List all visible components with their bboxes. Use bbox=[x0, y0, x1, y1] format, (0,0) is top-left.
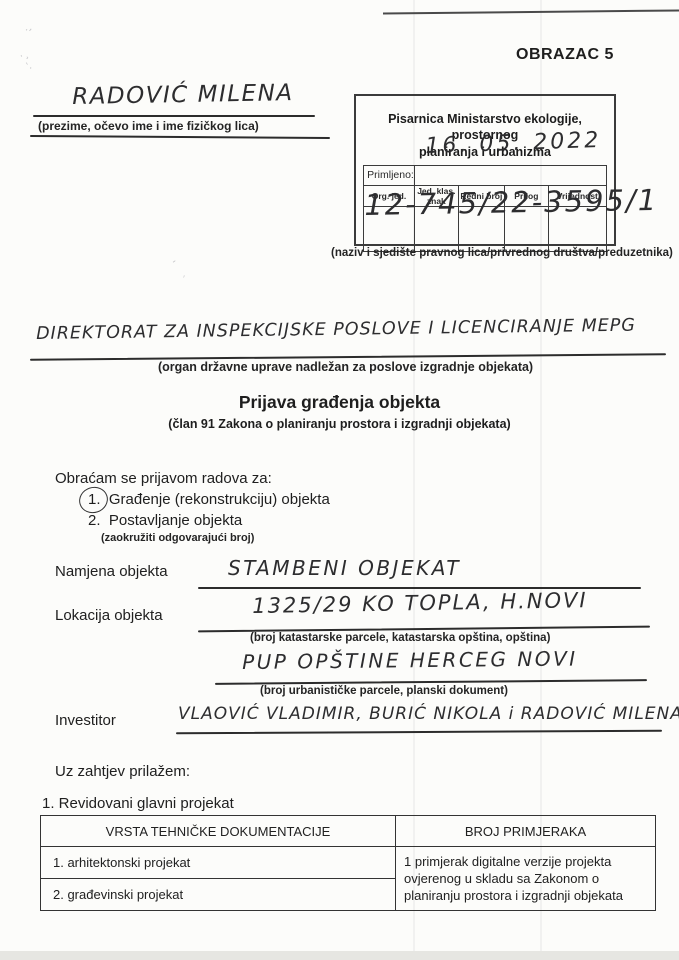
pencil-smudge: `· bbox=[23, 62, 33, 74]
pencil-smudge: ·' bbox=[21, 25, 33, 37]
doc-table-header-type: VRSTA TEHNIČKE DOKUMENTACIJE bbox=[41, 816, 396, 847]
option-1: 1. Građenje (rekonstrukciju) objekta bbox=[88, 491, 330, 508]
location-caption: (broj katastarske parcele, katastarska o… bbox=[250, 632, 550, 644]
attachments-intro: Uz zahtjev prilažem: bbox=[55, 763, 190, 780]
form-code: OBRAZAC 5 bbox=[516, 46, 614, 64]
caption-underline bbox=[30, 135, 330, 139]
received-label: Primljeno: bbox=[364, 165, 415, 185]
option-1-number: 1. bbox=[88, 491, 101, 508]
doc-table-row-1: 1. arhitektonski projekat bbox=[41, 847, 396, 879]
signature-line bbox=[33, 115, 315, 117]
legal-entity-caption: (naziv i sjedište pravnog lica/privredno… bbox=[331, 247, 673, 259]
doc-table-row-2: 2. građevinski projekat bbox=[41, 879, 396, 911]
applicant-name-handwritten: RADOVIĆ MILENA bbox=[72, 80, 294, 110]
doc-table-header-copies: BROJ PRIMJERAKA bbox=[396, 816, 656, 847]
document-subtitle: (član 91 Zakona o planiranju prostora i … bbox=[0, 417, 679, 431]
location-label: Lokacija objekta bbox=[55, 607, 163, 624]
plan-caption: (broj urbanističke parcele, planski doku… bbox=[260, 685, 508, 697]
documentation-table: VRSTA TEHNIČKE DOKUMENTACIJE BROJ PRIMJE… bbox=[40, 815, 656, 911]
purpose-value-handwritten: STAMBENI OBJEKAT bbox=[228, 556, 461, 580]
plan-value-handwritten: PUP OPŠTINE HERCEG NOVI bbox=[242, 646, 578, 674]
case-number-handwritten: 12-745/22-3595/1 bbox=[364, 183, 658, 222]
investor-label: Investitor bbox=[55, 712, 116, 729]
option-2-label: Postavljanje objekta bbox=[109, 512, 242, 529]
purpose-label: Namjena objekta bbox=[55, 563, 168, 580]
authority-handwritten: DIREKTORAT ZA INSPEKCIJSKE POSLOVE I LIC… bbox=[36, 316, 636, 344]
option-2-number: 2. bbox=[88, 512, 101, 529]
location-value-handwritten: 1325/29 KO TOPLA, H.NOVI bbox=[252, 588, 588, 618]
received-date-cell bbox=[414, 165, 606, 185]
document-title: Prijava građenja objekta bbox=[0, 392, 679, 413]
circle-note: (zaokružiti odgovarajući broj) bbox=[101, 532, 254, 544]
doc-table-copies-note: 1 primjerak digitalne verzije projekta o… bbox=[396, 847, 656, 911]
pencil-smudge: ` bbox=[175, 274, 187, 284]
option-2: 2. Postavljanje objekta bbox=[88, 512, 242, 529]
pencil-smudge: ·¸ bbox=[18, 49, 31, 63]
receipt-stamp-box: Pisarnica Ministarstvo ekologije, prosto… bbox=[354, 94, 616, 246]
pencil-smudge: ' bbox=[166, 259, 177, 268]
authority-caption: (organ državne uprave nadležan za poslov… bbox=[158, 360, 533, 374]
scan-edge-line bbox=[383, 9, 679, 14]
applicant-caption: (prezime, očevo ime i ime fizičkog lica) bbox=[38, 119, 259, 133]
scan-edge-band bbox=[0, 951, 679, 960]
scanned-form-page: ·' ·¸ `· ' ` OBRAZAC 5 RADOVIĆ MILENA (p… bbox=[0, 0, 679, 960]
attachments-item-1: 1. Revidovani glavni projekat bbox=[42, 795, 234, 812]
option-1-label: Građenje (rekonstrukciju) objekta bbox=[109, 491, 330, 508]
request-intro: Obraćam se prijavom radova za: bbox=[55, 470, 272, 487]
investor-line bbox=[176, 730, 662, 735]
investor-value-handwritten: VLAOVIĆ VLADIMIR, BURIĆ NIKOLA i RADOVIĆ… bbox=[178, 704, 679, 724]
